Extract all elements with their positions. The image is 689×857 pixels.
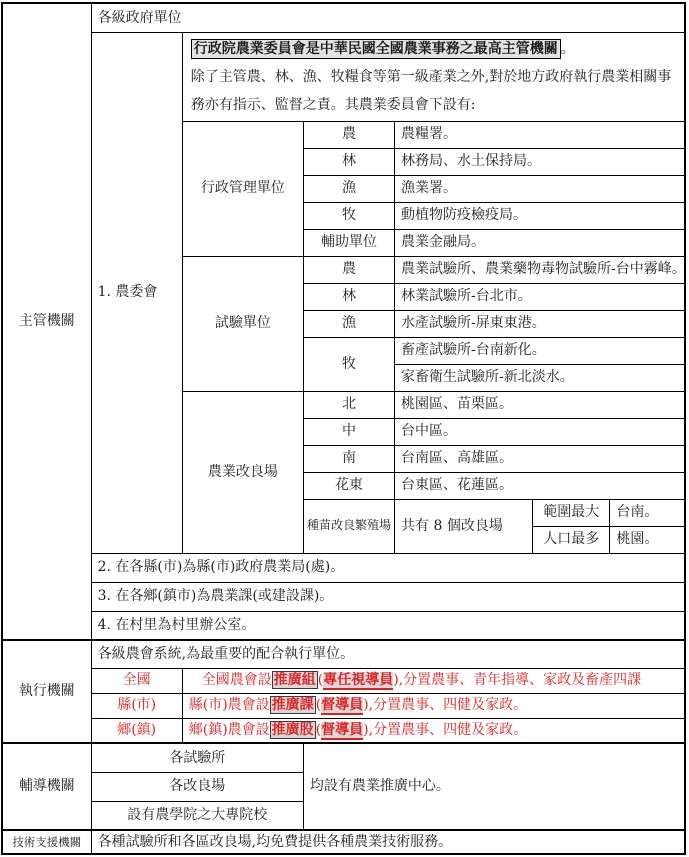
seed-fact-value-cell: 桃園。	[610, 526, 685, 553]
unit-key-cell: 輔助單位	[303, 229, 394, 256]
coa-intro-period: 。	[561, 41, 575, 57]
extension-division-highlight: 推廣課	[270, 696, 316, 714]
unit-value-cell: 農業試驗所、農業藥物毒物試驗所-台中霧峰。	[395, 256, 685, 283]
supervisor-title-highlight: 專任視導員	[323, 672, 393, 690]
unit-key-cell: 南	[303, 445, 394, 472]
document-page: 主管機關 各級政府單位 1. 農委會 行政院農業委員會是中華民國全國農業事務之最…	[0, 0, 689, 857]
guidance-label-cell: 輔導機關	[2, 743, 91, 830]
coa-intro-title: 行政院農業委員會是中華民國全國農業事務之最高主管機關	[191, 39, 561, 59]
unit-value-cell: 水產試驗所-屏東東港。	[395, 310, 685, 337]
unit-key-cell: 中	[303, 418, 394, 445]
extension-division-highlight: 推廣股	[270, 721, 316, 739]
coa-intro-rest: 除了主管農、林、漁、牧糧食等第一級產業之外,對於地方政府執行農業相關事務亦有指示…	[191, 69, 671, 113]
seed-fact-key-cell: 人口最多	[533, 526, 610, 553]
unit-value-cell: 動植物防疫檢疫局。	[395, 202, 685, 229]
unit-key-cell: 農	[303, 121, 394, 148]
guidance-item-cell: 各改良場	[91, 772, 303, 801]
executive-detail-cell: 全國農會設推廣組(專任視導員),分置農事、青年指導、家政及畜產四課	[182, 668, 685, 693]
unit-value-cell: 農業金融局。	[395, 229, 685, 256]
executive-level-cell: 全國	[91, 668, 182, 693]
executive-detail-cell: 鄉(鎮)農會設推廣股(督導員),分置農事、四健及家政。	[182, 718, 685, 743]
admin-unit-label-cell: 行政管理單位	[182, 121, 303, 256]
experiment-unit-label-cell: 試驗單位	[182, 256, 303, 391]
township-level-cell: 3. 在各鄉(鎮市)為農業課(或建設課)。	[91, 582, 685, 611]
unit-value-cell: 家畜衛生試驗所-新北淡水。	[395, 364, 685, 391]
executive-text-suffix: ,分置農事、四健及家政。	[369, 697, 527, 713]
executive-text-suffix: ,分置農事、四健及家政。	[369, 722, 527, 738]
unit-value-cell: 林務局、水土保持局。	[395, 148, 685, 175]
guidance-note-cell: 均設有農業推廣中心。	[303, 743, 685, 830]
village-level-cell: 4. 在村里為村里辦公室。	[91, 611, 685, 640]
improvement-label-cell: 農業改良場	[182, 391, 303, 553]
executive-detail-cell: 縣(市)農會設推廣課(督導員),分置農事、四健及家政。	[182, 693, 685, 718]
unit-value-cell: 農糧署。	[395, 121, 685, 148]
guidance-item-cell: 各試驗所	[91, 743, 303, 772]
executive-text-prefix: 鄉(鎮)農會設	[189, 722, 270, 738]
agri-admin-table: 主管機關 各級政府單位 1. 農委會 行政院農業委員會是中華民國全國農業事務之最…	[1, 2, 686, 855]
unit-value-cell: 林業試驗所-台北市。	[395, 283, 685, 310]
unit-key-cell: 花東	[303, 472, 394, 499]
unit-key-cell: 漁	[303, 175, 394, 202]
tech-support-content-cell: 各種試驗所和各區改良場,均免費提供各種農業技術服務。	[91, 830, 685, 854]
unit-key-cell: 牧	[303, 337, 394, 391]
unit-key-cell: 林	[303, 148, 394, 175]
executive-text-prefix: 全國農會設	[202, 672, 272, 688]
unit-key-cell: 北	[303, 391, 394, 418]
unit-value-cell: 漁業署。	[395, 175, 685, 202]
supervisor-title-highlight: 督導員	[321, 722, 363, 740]
unit-value-cell: 畜產試驗所-台南新化。	[395, 337, 685, 364]
county-level-cell: 2. 在各縣(市)為縣(市)政府農業局(處)。	[91, 553, 685, 582]
seed-farm-label-cell: 種苗改良繁殖場	[303, 499, 394, 553]
executive-text-prefix: 縣(市)農會設	[189, 697, 270, 713]
unit-value-cell: 台東區、花蓮區。	[395, 472, 685, 499]
executive-label-cell: 執行機關	[2, 640, 91, 743]
seed-fact-value-cell: 台南。	[610, 499, 685, 526]
unit-key-cell: 林	[303, 283, 394, 310]
unit-key-cell: 漁	[303, 310, 394, 337]
gov-units-cell: 各級政府單位	[91, 3, 685, 32]
coa-label-cell: 1. 農委會	[91, 32, 182, 553]
executive-level-cell: 鄉(鎮)	[91, 718, 182, 743]
executive-intro-cell: 各級農會系統,為最重要的配合執行單位。	[91, 640, 685, 668]
tech-support-label-cell: 技術支援機關	[2, 830, 91, 854]
extension-division-highlight: 推廣組	[272, 671, 318, 689]
unit-value-cell: 桃園區、苗栗區。	[395, 391, 685, 418]
seed-farm-total-cell: 共有 8 個改良場	[395, 499, 533, 553]
guidance-item-cell: 設有農學院之大專院校	[91, 801, 303, 830]
seed-fact-key-cell: 範圍最大	[533, 499, 610, 526]
executive-text-suffix: ,分置農事、青年指導、家政及畜產四課	[399, 672, 641, 688]
coa-intro-cell: 行政院農業委員會是中華民國全國農業事務之最高主管機關。 除了主管農、林、漁、牧糧…	[182, 32, 685, 121]
supervisory-label-cell: 主管機關	[2, 3, 91, 640]
unit-key-cell: 農	[303, 256, 394, 283]
unit-value-cell: 台中區。	[395, 418, 685, 445]
unit-key-cell: 牧	[303, 202, 394, 229]
supervisor-title-highlight: 督導員	[321, 697, 363, 715]
unit-value-cell: 台南區、高雄區。	[395, 445, 685, 472]
executive-level-cell: 縣(市)	[91, 693, 182, 718]
